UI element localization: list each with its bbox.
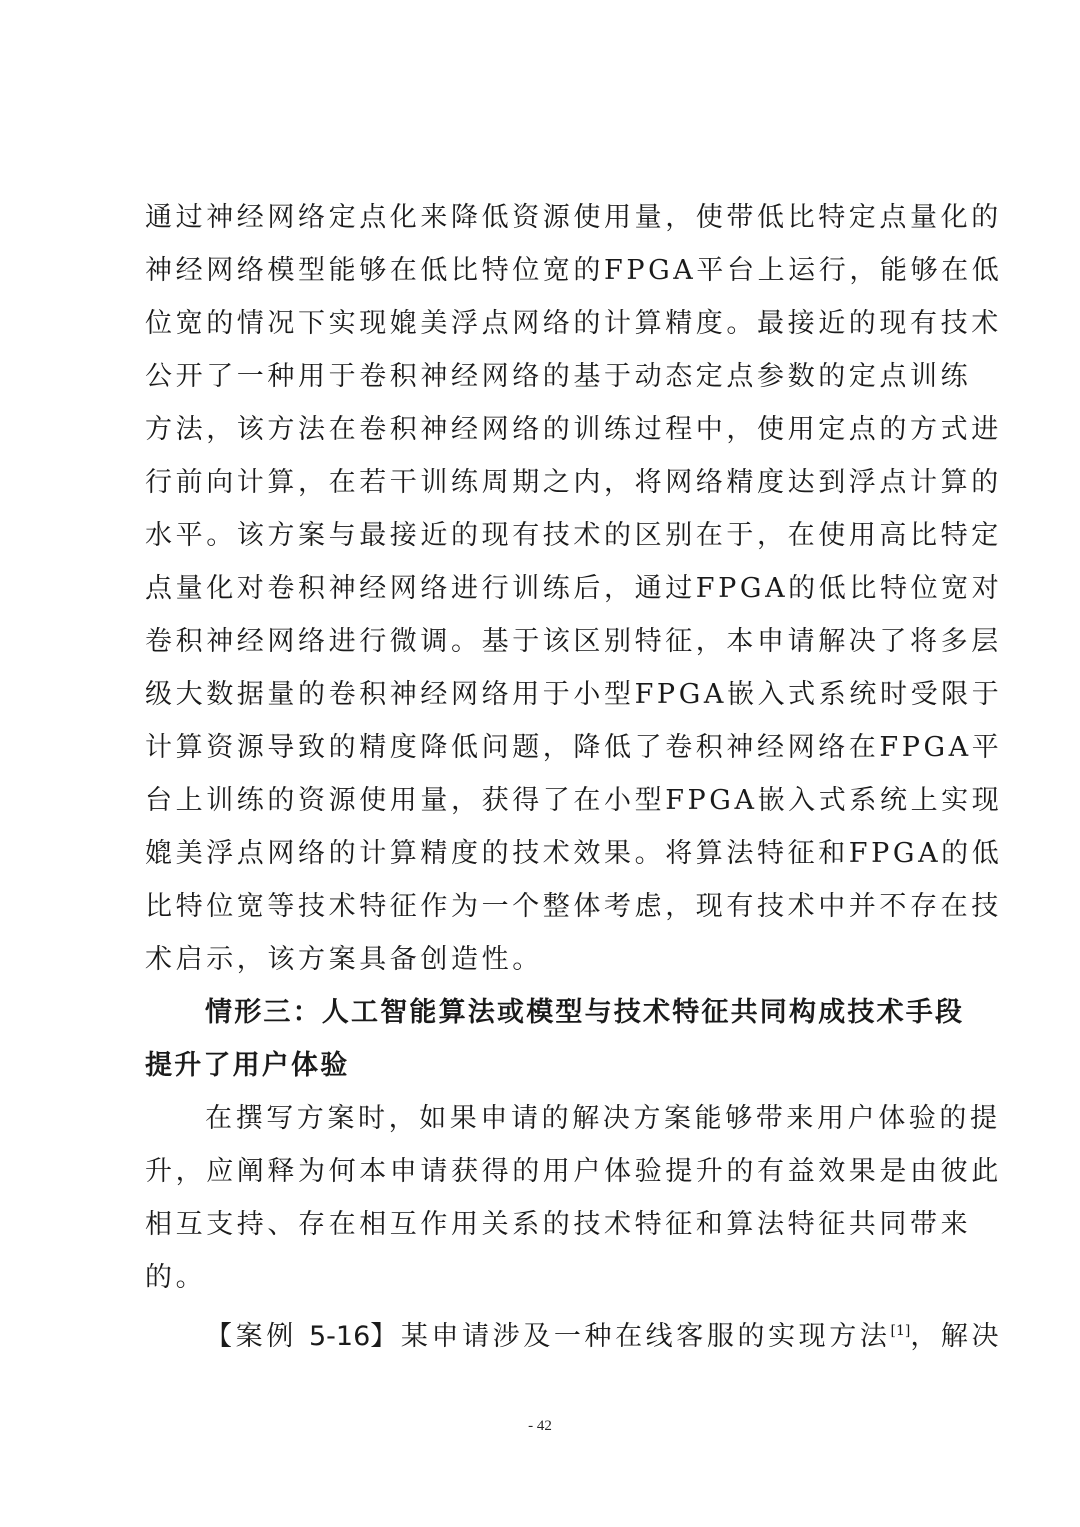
body-line: 神经网络模型能够在低比特位宽的FPGA平台上运行，能够在低 — [145, 251, 945, 291]
body-line: 媲美浮点网络的计算精度的技术效果。将算法特征和FPGA的低 — [145, 834, 945, 874]
body-line: 计算资源导致的精度降低问题，降低了卷积神经网络在FPGA平 — [145, 728, 945, 768]
document-page: 通过神经网络定点化来降低资源使用量，使带低比特定点量化的 神经网络模型能够在低比… — [0, 0, 1080, 1527]
body-line: 卷积神经网络进行微调。基于该区别特征，本申请解决了将多层 — [145, 622, 945, 662]
case-text: 某申请涉及一种在线客服的实现方法 — [401, 1321, 891, 1352]
body-line: 方法，该方法在卷积神经网络的训练过程中，使用定点的方式进 — [145, 410, 945, 450]
case-open-bracket: 【案例 — [205, 1321, 309, 1352]
body-line: 级大数据量的卷积神经网络用于小型FPGA嵌入式系统时受限于 — [145, 675, 945, 715]
paragraph-line: 在撰写方案时，如果申请的解决方案能够带来用户体验的提 — [205, 1099, 945, 1139]
body-line: 水平。该方案与最接近的现有技术的区别在于，在使用高比特定 — [145, 516, 945, 556]
section-heading: 情形三：人工智能算法或模型与技术特征共同构成技术手段 — [205, 993, 945, 1033]
case-close-bracket: 】 — [370, 1321, 401, 1352]
body-line: 比特位宽等技术特征作为一个整体考虑，现有技术中并不存在技 — [145, 887, 945, 927]
case-line: 【案例 5-16】某申请涉及一种在线客服的实现方法[1]，解决 — [205, 1311, 945, 1357]
section-heading-continued: 提升了用户体验 — [145, 1046, 945, 1086]
paragraph-line: 相互支持、存在相互作用关系的技术特征和算法特征共同带来 — [145, 1205, 945, 1245]
body-line: 通过神经网络定点化来降低资源使用量，使带低比特定点量化的 — [145, 198, 945, 238]
case-number: 5-16 — [309, 1321, 370, 1352]
footnote-reference[interactable]: [1] — [890, 1323, 910, 1339]
page-number: - 42 — [0, 1418, 1080, 1435]
body-line: 公开了一种用于卷积神经网络的基于动态定点参数的定点训练 — [145, 357, 945, 397]
body-line: 术启示，该方案具备创造性。 — [145, 940, 945, 980]
body-line: 台上训练的资源使用量，获得了在小型FPGA嵌入式系统上实现 — [145, 781, 945, 821]
body-line: 位宽的情况下实现媲美浮点网络的计算精度。最接近的现有技术 — [145, 304, 945, 344]
paragraph-line: 的。 — [145, 1258, 945, 1298]
body-line: 行前向计算，在若干训练周期之内，将网络精度达到浮点计算的 — [145, 463, 945, 503]
paragraph-line: 升，应阐释为何本申请获得的用户体验提升的有益效果是由彼此 — [145, 1152, 945, 1192]
body-line: 点量化对卷积神经网络进行训练后，通过FPGA的低比特位宽对 — [145, 569, 945, 609]
case-tail: ，解决 — [910, 1321, 1002, 1352]
